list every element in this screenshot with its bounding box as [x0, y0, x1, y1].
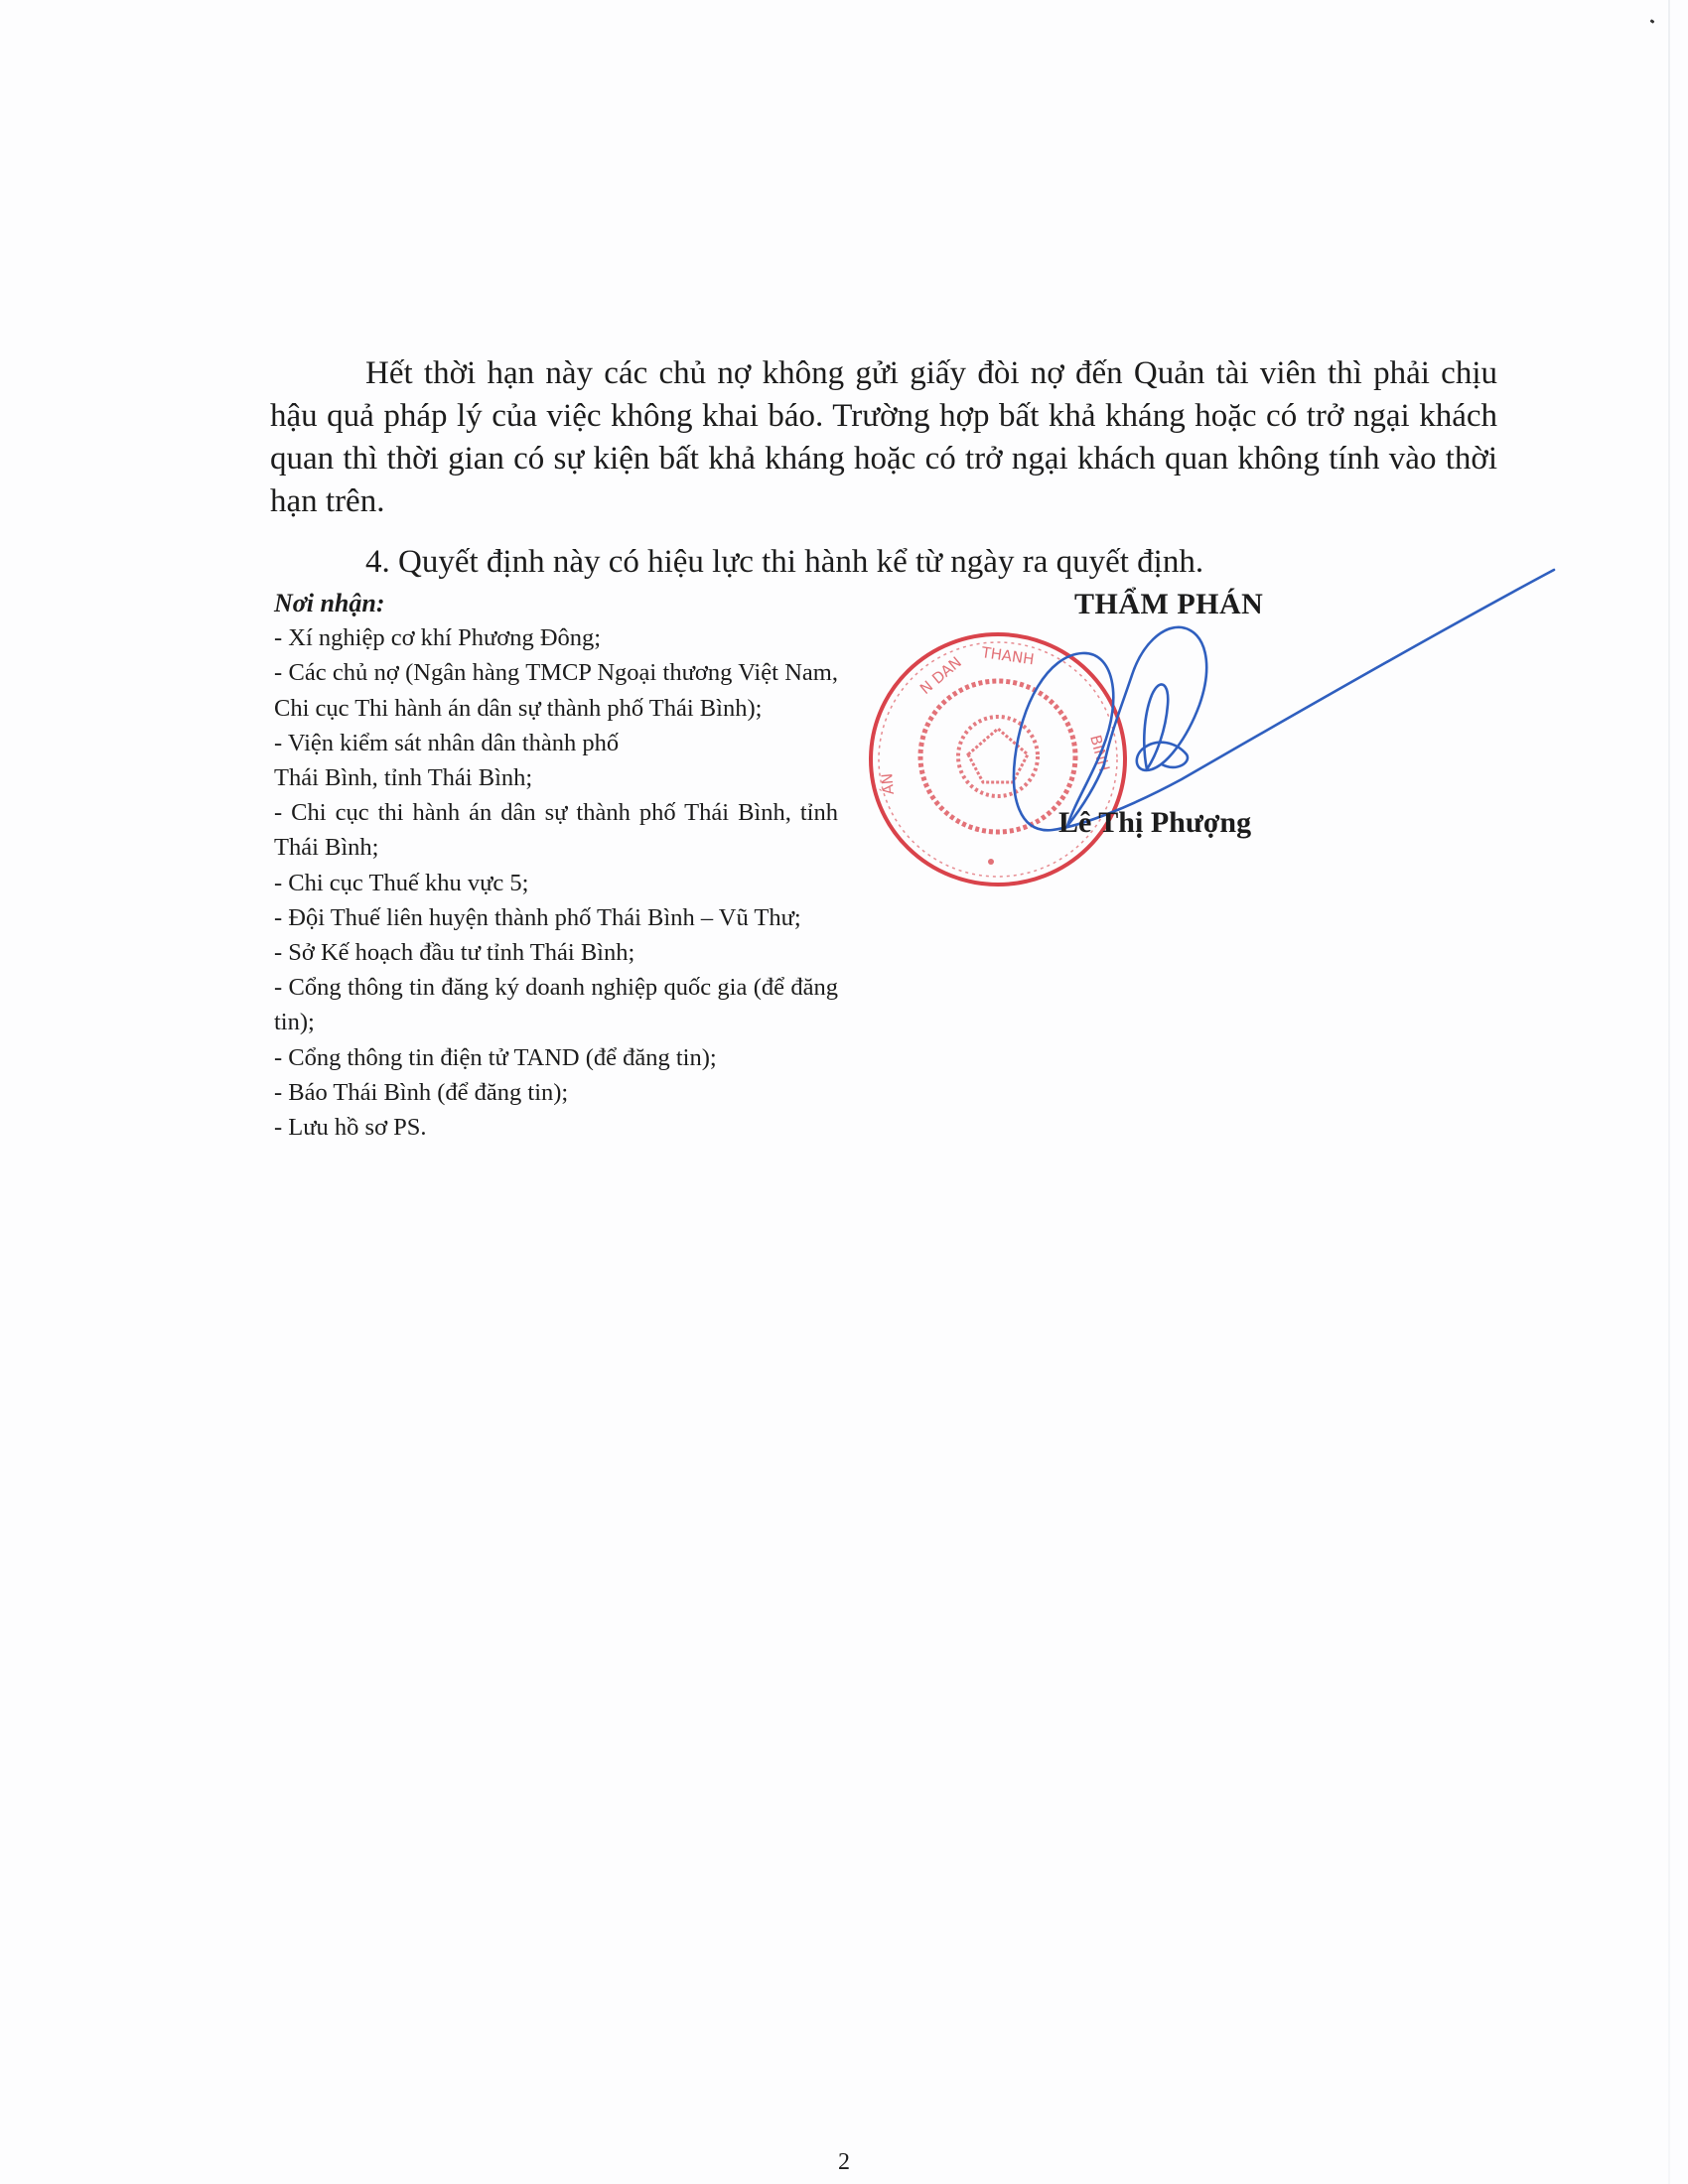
recipient-item: - Cổng thông tin điện tử TAND (để đăng t…	[274, 1040, 838, 1075]
recipient-item: - Xí nghiệp cơ khí Phương Đông;	[274, 620, 838, 655]
recipient-item: - Cổng thông tin đăng ký doanh nghiệp qu…	[274, 970, 838, 1039]
recipient-item: - Sở Kế hoạch đầu tư tỉnh Thái Bình;	[274, 935, 838, 970]
svg-text:ÁN: ÁN	[877, 772, 898, 795]
signer-name: Lê Thị Phượng	[1058, 806, 1251, 840]
recipient-item: - Chi cục Thuế khu vực 5;	[274, 866, 838, 900]
recipient-item: Thái Bình, tỉnh Thái Bình;	[274, 760, 838, 795]
judge-signature-icon	[983, 566, 1559, 913]
recipient-item: - Chi cục thi hành án dân sự thành phố T…	[274, 795, 838, 865]
page-number: 2	[0, 2149, 1688, 2176]
recipient-item: - Các chủ nợ (Ngân hàng TMCP Ngoại thươn…	[274, 655, 838, 725]
recipient-item: - Viện kiểm sát nhân dân thành phố	[274, 726, 838, 760]
recipient-item: - Báo Thái Bình (để đăng tin);	[274, 1075, 838, 1110]
recipient-item: - Đội Thuế liên huyện thành phố Thái Bìn…	[274, 900, 838, 935]
recipients-list: Nơi nhận: - Xí nghiệp cơ khí Phương Đông…	[274, 586, 838, 1145]
paragraph-creditor-deadline: Hết thời hạn này các chủ nợ không gửi gi…	[270, 352, 1497, 523]
recipients-title: Nơi nhận:	[274, 586, 838, 620]
recipient-item: - Lưu hồ sơ PS.	[274, 1110, 838, 1145]
page-edge	[1668, 0, 1670, 2184]
scan-artifact	[1650, 19, 1655, 24]
